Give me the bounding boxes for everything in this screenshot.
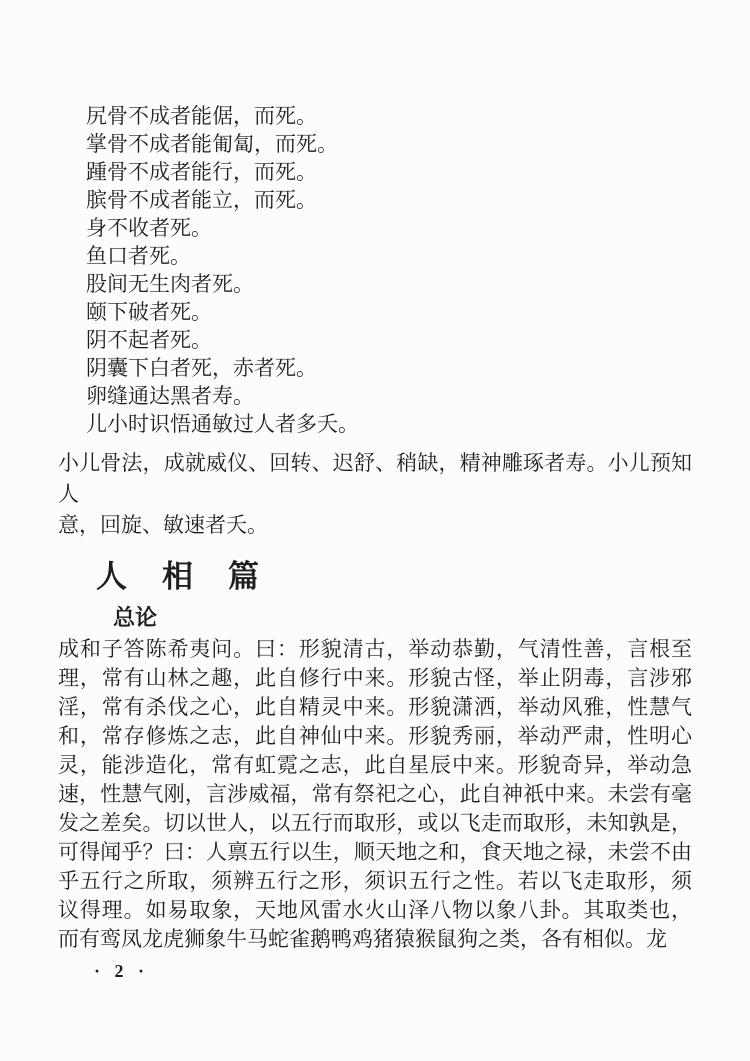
body-line: 和，常存修炼之志，此自神仙中来。形貌秀丽，举动严肃，性明心 — [58, 722, 692, 751]
list-line: 身不收者死。 — [86, 214, 692, 242]
list-line: 掌骨不成者能匍匐，而死。 — [86, 130, 692, 158]
closing-paragraph: 小儿骨法，成就威仪、回转、迟舒、稍缺，精神雕琢者寿。小儿预知人 意，回旋、敏速者… — [58, 448, 692, 541]
body-line: 淫，常有杀伐之心，此自精灵中来。形貌潇洒，举动风雅，性慧气 — [58, 693, 692, 722]
list-line: 股间无生肉者死。 — [86, 270, 692, 298]
infant-bone-rules-list: 尻骨不成者能倨，而死。 掌骨不成者能匍匐，而死。 踵骨不成者能行，而死。 膑骨不… — [58, 102, 692, 438]
closing-line: 小儿骨法，成就威仪、回转、迟舒、稍缺，精神雕琢者寿。小儿预知人 — [58, 448, 692, 510]
body-line: 灵，能涉造化，常有虹霓之志，此自星辰中来。形貌奇异，举动急 — [58, 751, 692, 780]
list-line: 踵骨不成者能行，而死。 — [86, 158, 692, 186]
scanned-book-page: 尻骨不成者能倨，而死。 掌骨不成者能匍匐，而死。 踵骨不成者能行，而死。 膑骨不… — [0, 0, 750, 1061]
body-line: 乎五行之所取，须辨五行之形，须识五行之性。若以飞走取形，须 — [58, 867, 692, 896]
page-number: · 2 · — [58, 959, 692, 983]
body-line: 理，常有山林之趣，此自修行中来。形貌古怪，举止阴毒，言涉邪 — [58, 664, 692, 693]
chapter-title: 人 相 篇 — [58, 557, 692, 597]
body-line: 成和子答陈希夷问。曰：形貌清古，举动恭勤，气清性善，言根至 — [58, 635, 692, 664]
body-line: 速，性慧气刚，言涉威福，常有祭祀之心，此自神祇中来。未尝有毫 — [58, 780, 692, 809]
body-line: 可得闻乎？曰：人禀五行以生，顺天地之和，食天地之禄，未尝不由 — [58, 838, 692, 867]
list-line: 卵缝通达黑者寿。 — [86, 382, 692, 410]
closing-line: 意，回旋、敏速者夭。 — [58, 510, 692, 541]
list-line: 儿小时识悟通敏过人者多夭。 — [86, 410, 692, 438]
list-line: 鱼口者死。 — [86, 242, 692, 270]
body-line: 发之差矣。切以世人，以五行而取形，或以飞走而取形，未知孰是， — [58, 809, 692, 838]
body-line: 而有鸾凤龙虎狮象牛马蛇雀鹅鸭鸡猪猿猴鼠狗之类，各有相似。龙 — [58, 925, 692, 954]
body-paragraph: 成和子答陈希夷问。曰：形貌清古，举动恭勤，气清性善，言根至 理，常有山林之趣，此… — [58, 635, 692, 954]
list-line: 阴囊下白者死，赤者死。 — [86, 354, 692, 382]
page-content: 尻骨不成者能倨，而死。 掌骨不成者能匍匐，而死。 踵骨不成者能行，而死。 膑骨不… — [58, 102, 692, 983]
list-line: 尻骨不成者能倨，而死。 — [86, 102, 692, 130]
list-line: 阴不起者死。 — [86, 326, 692, 354]
list-line: 膑骨不成者能立，而死。 — [86, 186, 692, 214]
list-line: 颐下破者死。 — [86, 298, 692, 326]
section-subtitle: 总论 — [58, 603, 692, 633]
body-line: 议得理。如易取象，天地风雷水火山泽八物以象八卦。其取类也， — [58, 896, 692, 925]
